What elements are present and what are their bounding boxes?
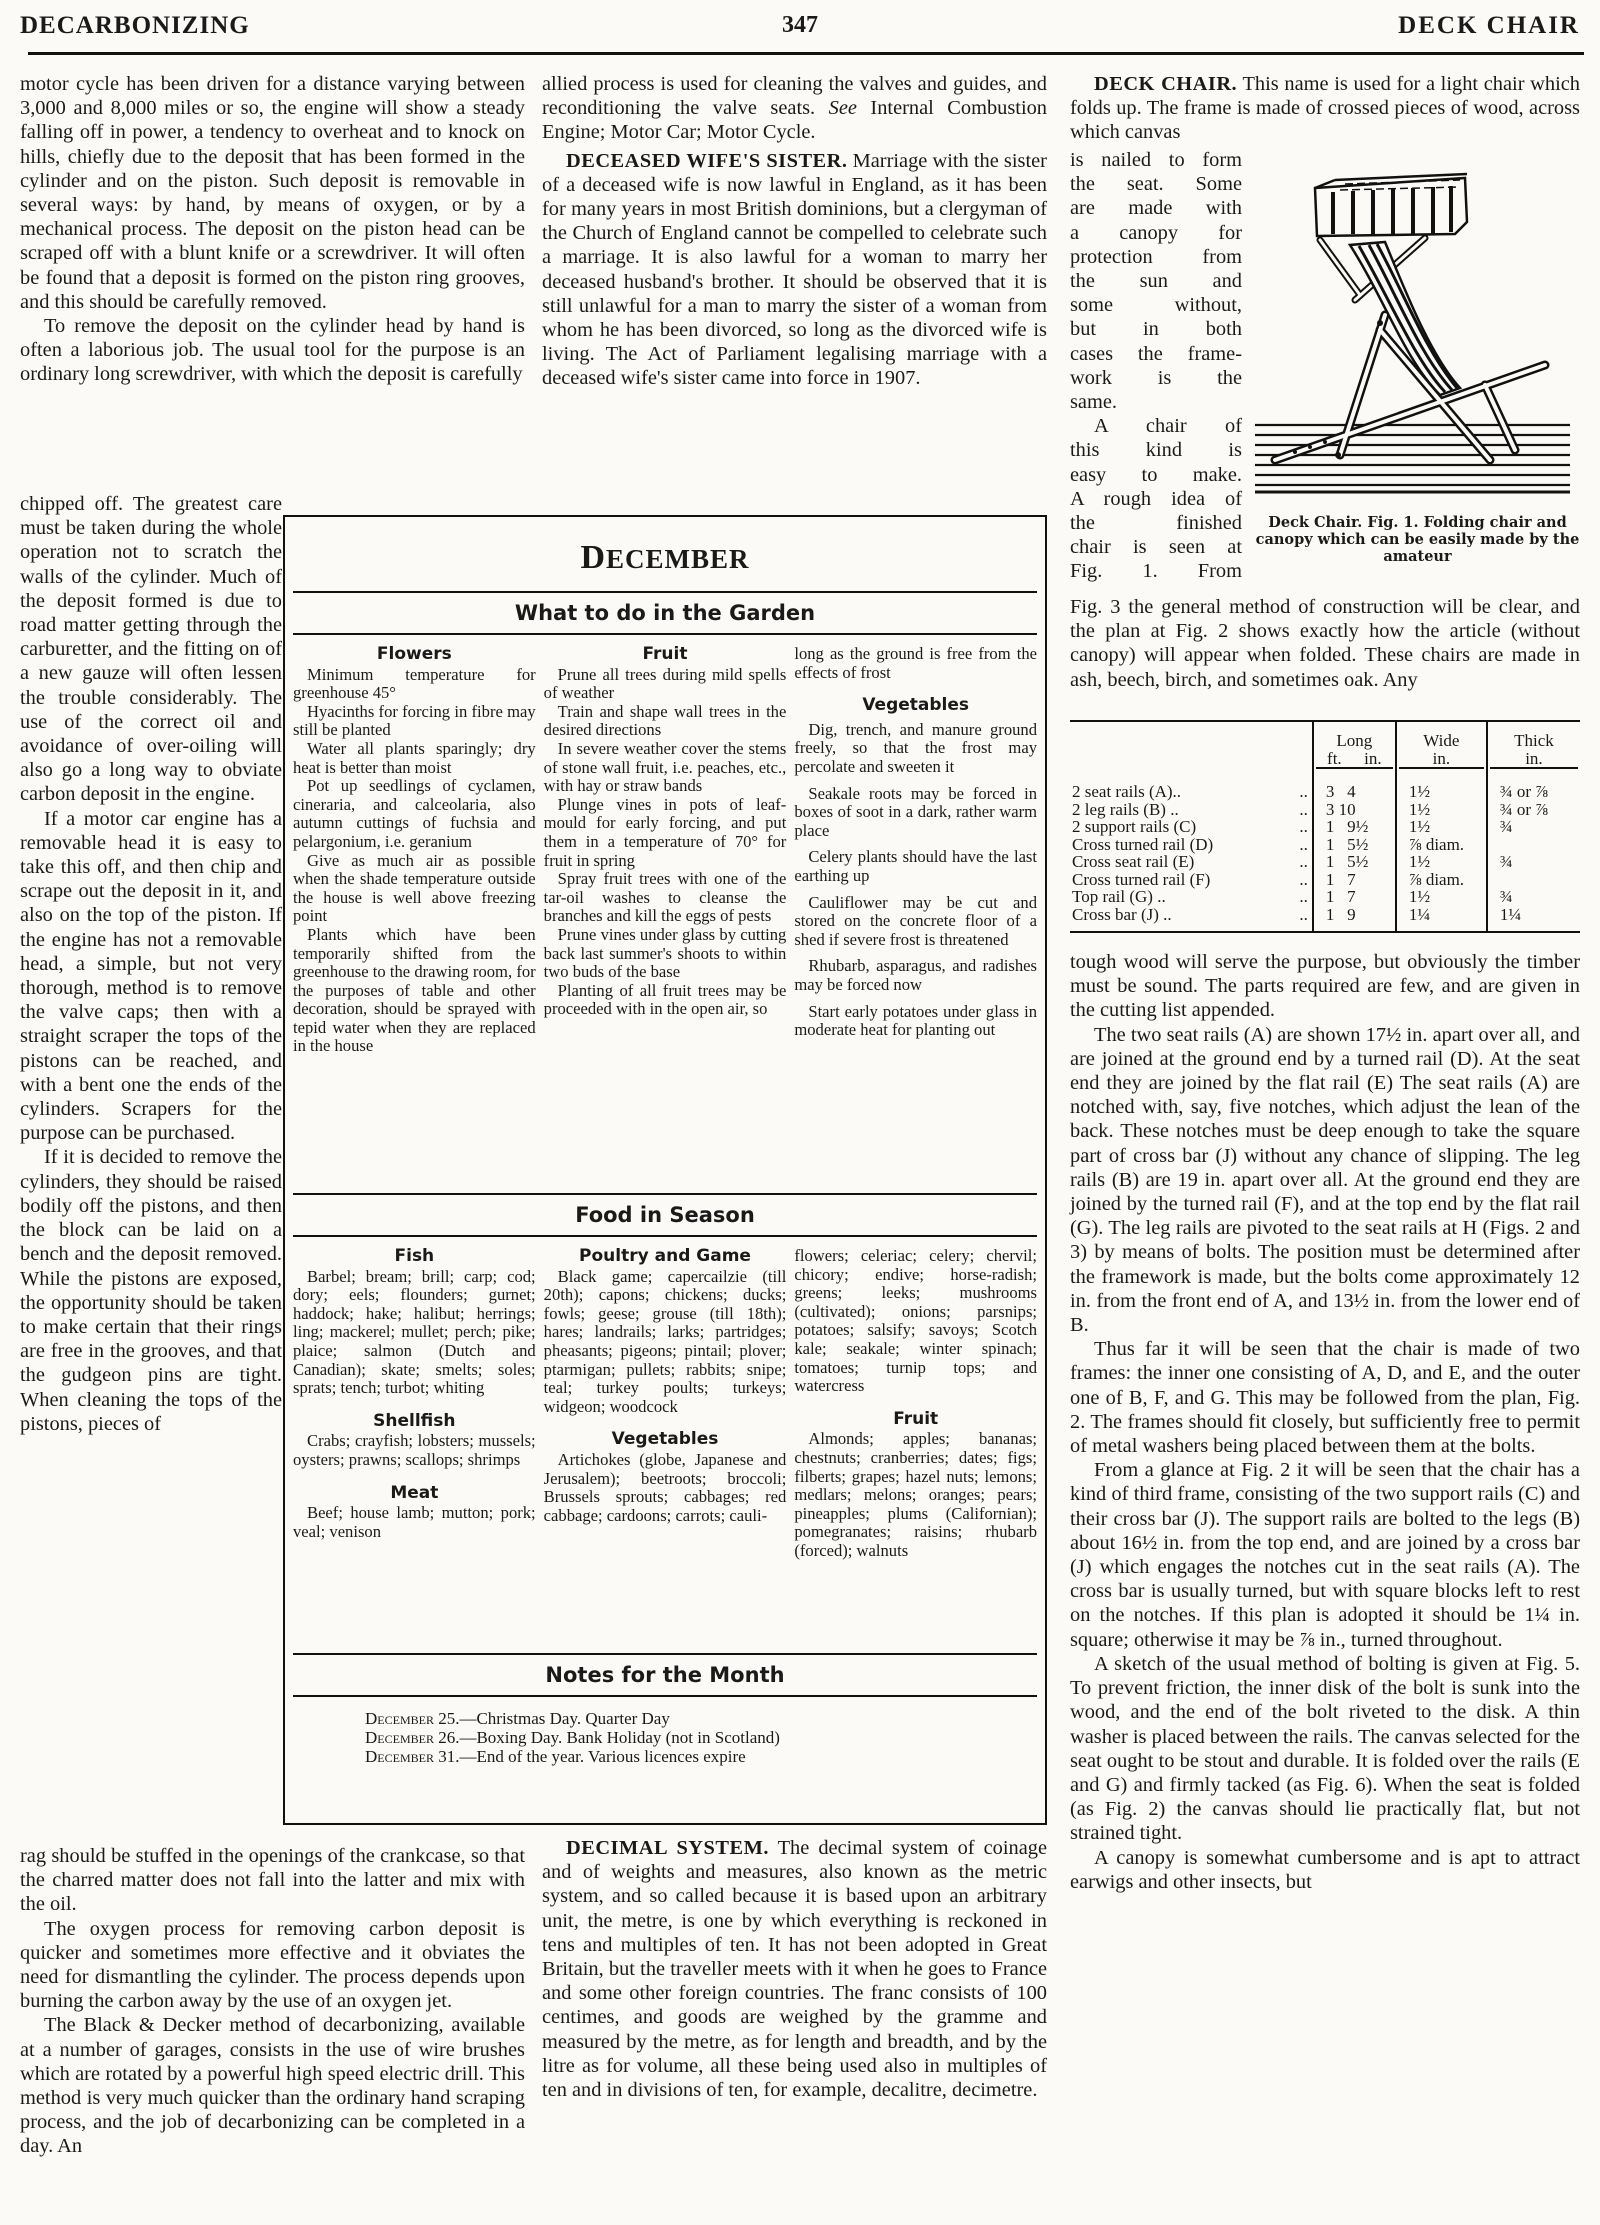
fish-column: Fish Barbel; bream; brill; carp; cod; do…	[293, 1247, 536, 1653]
food-continued-column: flowers; celeriac; celery; chervil; chic…	[794, 1247, 1037, 1653]
paragraph: rag should be stuffed in the openings of…	[20, 1844, 525, 1917]
decarbonizing-column-top: motor cycle has been driven for a distan…	[20, 72, 525, 387]
see-label: See	[829, 97, 857, 119]
flowers-heading: Flowers	[293, 645, 536, 664]
running-head: DECARBONIZING 347 DECK CHAIR	[20, 12, 1580, 48]
table-row: Cross bar (J) .. .. 1 9 1¼ 1¼	[1070, 906, 1580, 932]
paragraph: The two seat rails (A) are shown 17½ in.…	[1070, 1023, 1580, 1338]
table-row: 2 support rails (C) .. 1 9½ 1½ ¾	[1070, 818, 1580, 836]
cutting-list-table: Long ft.in. Wide in. Thick in. 2 seat ra…	[1070, 720, 1580, 933]
table-row: 2 seat rails (A).. .. 3 4 1½ ¾ or ⅞	[1070, 775, 1580, 801]
garden-heading: What to do in the Garden	[285, 593, 1045, 633]
table-header-row: Long ft.in. Wide in. Thick in.	[1070, 722, 1580, 775]
note-item: December 31.—End of the year. Various li…	[365, 1747, 1045, 1766]
entry-title: DECEASED WIFE'S SISTER.	[566, 150, 847, 172]
paragraph: allied process is used for cleaning the …	[542, 72, 1047, 145]
decarbonizing-narrow-column: chipped off. The greatest care must be t…	[20, 492, 282, 1436]
paragraph: A canopy is somewhat cumbersome and is a…	[1070, 1846, 1580, 1894]
running-head-right: DECK CHAIR	[1398, 12, 1580, 40]
note-item: December 25.—Christmas Day. Quarter Day	[365, 1709, 1045, 1728]
decarbonizing-column-bottom: rag should be stuffed in the openings of…	[20, 1844, 525, 2159]
deck-chair-after-figure: Fig. 3 the general method of constructio…	[1070, 595, 1580, 692]
paragraph: tough wood will serve the purpose, but o…	[1070, 950, 1580, 1023]
december-title: DECEMBER	[285, 539, 1045, 577]
paragraph: The Black & Decker method of decarbonizi…	[20, 2013, 525, 2158]
deck-chair-side-text: is nailed to form the seat. Some are mad…	[1070, 148, 1242, 584]
paragraph: A sketch of the usual method of bolting …	[1070, 1652, 1580, 1846]
paragraph: From a glance at Fig. 2 it will be seen …	[1070, 1458, 1580, 1652]
paragraph: motor cycle has been driven for a distan…	[20, 72, 525, 314]
paragraph: To remove the deposit on the cylinder he…	[20, 314, 525, 387]
table-row: Cross turned rail (D) .. 1 5½ ⅞ diam.	[1070, 836, 1580, 854]
table-row: Cross seat rail (E) .. 1 5½ 1½ ¾	[1070, 853, 1580, 871]
vegetables-heading: Vegetables	[794, 696, 1037, 715]
entry-deck-chair-intro: DECK CHAIR. This name is used for a ligh…	[1070, 72, 1580, 145]
paragraph: If a motor car engine has a removable he…	[20, 807, 282, 1146]
column-header-wide: Wide in.	[1396, 722, 1487, 775]
vegetables-column: long as the ground is free from the effe…	[794, 645, 1037, 1193]
fruit-heading: Fruit	[544, 645, 787, 664]
encyclopedia-page: DECARBONIZING 347 DECK CHAIR motor cycle…	[0, 0, 1600, 2225]
food-heading: Food in Season	[285, 1195, 1045, 1235]
flowers-column: Flowers Minimum temperature for greenhou…	[293, 645, 536, 1193]
deck-chair-body: tough wood will serve the purpose, but o…	[1070, 950, 1580, 1894]
table-row: Cross turned rail (F) .. 1 7 ⅞ diam.	[1070, 871, 1580, 889]
note-item: December 26.—Boxing Day. Bank Holiday (n…	[365, 1728, 1045, 1747]
fruit-column: Fruit Prune all trees during mild spells…	[544, 645, 787, 1193]
december-box: DECEMBER What to do in the Garden Flower…	[283, 515, 1047, 1825]
paragraph: The oxygen process for removing carbon d…	[20, 1917, 525, 2014]
entry-title: DECK CHAIR.	[1094, 73, 1237, 95]
paragraph: chipped off. The greatest care must be t…	[20, 492, 282, 807]
middle-column-top: allied process is used for cleaning the …	[542, 72, 1047, 391]
notes-heading: Notes for the Month	[285, 1655, 1045, 1695]
entry-title: DECIMAL SYSTEM.	[566, 1837, 769, 1859]
table-row: 2 leg rails (B) .. .. 3 10 1½ ¾ or ⅞	[1070, 801, 1580, 819]
food-columns: Fish Barbel; bream; brill; carp; cod; do…	[285, 1237, 1045, 1653]
poultry-column: Poultry and Game Black game; capercailzi…	[544, 1247, 787, 1653]
notes-list: December 25.—Christmas Day. Quarter Day …	[285, 1697, 1045, 1766]
deck-chair-illustration	[1255, 160, 1580, 500]
deck-chair-icon	[1255, 160, 1580, 500]
paragraph: Thus far it will be seen that the chair …	[1070, 1337, 1580, 1458]
paragraph: If it is decided to remove the cylinders…	[20, 1145, 282, 1435]
garden-columns: Flowers Minimum temperature for greenhou…	[285, 635, 1045, 1193]
header-rule	[28, 52, 1584, 55]
page-number: 347	[20, 12, 1580, 39]
entry-deceased-wifes-sister: DECEASED WIFE'S SISTER. Marriage with th…	[542, 149, 1047, 391]
column-header-long: Long ft.in.	[1313, 722, 1396, 775]
figure-caption: Deck Chair. Fig. 1. Folding chair and ca…	[1255, 514, 1580, 565]
entry-decimal-system: DECIMAL SYSTEM. The decimal system of co…	[542, 1836, 1047, 2102]
table-row: Top rail (G) .. .. 1 7 1½ ¾	[1070, 888, 1580, 906]
column-header-thick: Thick in.	[1487, 722, 1580, 775]
